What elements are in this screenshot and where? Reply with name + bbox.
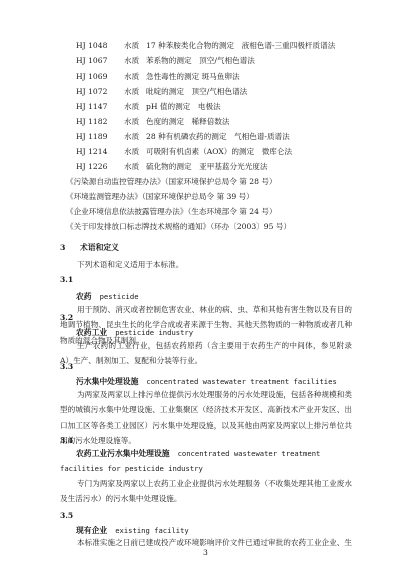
term-zh: 农药工业 xyxy=(76,328,107,337)
document-page: HJ 1048水质17 种苯胺类化合物的测定 液相色谱-三重四极杆质谱法 HJ … xyxy=(0,0,413,585)
term-definition: 专门为两家及两家以上农药工业企业提供污水处理服务（不收集处理其他工业废水及生活污… xyxy=(60,476,352,507)
standard-title: 28 种有机磷农药的测定 气相色谱-质谱法 xyxy=(146,132,290,142)
term-zh: 农药工业污水集中处理设施 xyxy=(76,449,170,458)
clause-number: 3.4 xyxy=(60,436,73,445)
standard-title: 吡啶的测定 顶空/气相色谱法 xyxy=(146,87,247,97)
regulation-item: 《环境监测管理办法》（国家环境保护总局令 第 39 号） xyxy=(66,192,254,202)
standard-code: HJ 1226 xyxy=(76,162,126,172)
standard-category: 水质 xyxy=(124,132,139,142)
page-number: 3 xyxy=(203,548,208,557)
term-en: pesticide industry xyxy=(115,328,193,337)
standard-category: 水质 xyxy=(124,72,139,82)
standard-title: 急性毒性的测定 斑马鱼卵法 xyxy=(146,72,240,82)
regulation-item: 《关于印发排放口标志牌技术规格的通知》（环办〔2003〕95 号） xyxy=(66,222,291,232)
standard-category: 水质 xyxy=(124,56,139,66)
term-definition: 生产农药的工业行业，包括农药原药（含主要用于农药生产的中间体，参见附录 A）生产… xyxy=(60,338,352,369)
term-en: pesticide xyxy=(100,292,139,301)
standard-title: 硫化物的测定 亚甲基蓝分光光度法 xyxy=(146,162,268,172)
section-title: 术语和定义 xyxy=(80,243,119,252)
standard-code: HJ 1147 xyxy=(76,102,126,112)
term-heading: 污水集中处理设施concentrated wastewater treatmen… xyxy=(76,376,337,387)
term-definition: 为两家及两家以上排污单位提供污水处理服务的污水处理设施，包括各种规模和类型的城镇… xyxy=(60,387,352,448)
standard-code: HJ 1214 xyxy=(76,147,126,157)
standard-category: 水质 xyxy=(124,87,139,97)
term-heading: 农药工业pesticide industry xyxy=(76,327,193,338)
regulation-item: 《企业环境信息依法披露管理办法》（生态环境部令 第 24 号） xyxy=(66,207,277,217)
clause-number: 3.1 xyxy=(60,275,73,284)
term-zh: 污水集中处理设施 xyxy=(76,377,138,386)
standard-title: pH 值的测定 电极法 xyxy=(146,102,221,112)
section-number: 3 xyxy=(60,243,80,252)
term-en: existing facility xyxy=(115,526,189,535)
term-heading: 农药pesticide xyxy=(76,291,139,302)
term-zh: 农药 xyxy=(76,292,92,301)
standard-category: 水质 xyxy=(124,41,139,51)
clause-number: 3.3 xyxy=(60,362,73,371)
standard-code: HJ 1069 xyxy=(76,72,126,82)
standard-title: 可吸附有机卤素（AOX）的测定 微库仑法 xyxy=(146,147,292,157)
standard-category: 水质 xyxy=(124,102,139,112)
standard-title: 17 种苯胺类化合物的测定 液相色谱-三重四极杆质谱法 xyxy=(146,41,335,51)
standard-code: HJ 1072 xyxy=(76,87,126,97)
term-zh: 现有企业 xyxy=(76,526,107,535)
term-heading: 农药工业污水集中处理设施concentrated wastewater trea… xyxy=(60,446,352,476)
standard-title: 色度的测定 稀释倍数法 xyxy=(146,117,230,127)
section-heading: 3术语和定义 xyxy=(60,242,119,253)
section-intro: 下列术语和定义适用于本标准。 xyxy=(60,257,352,272)
standard-code: HJ 1189 xyxy=(76,132,126,142)
standard-category: 水质 xyxy=(124,147,139,157)
regulation-item: 《污染源自动监控管理办法》（国家环境保护总局令 第 28 号） xyxy=(66,177,277,187)
clause-number: 3.5 xyxy=(60,511,73,520)
term-en: concentrated wastewater treatment facili… xyxy=(146,377,336,386)
standard-category: 水质 xyxy=(124,117,139,127)
standard-title: 苯系物的测定 顶空/气相色谱法 xyxy=(146,56,255,66)
standard-category: 水质 xyxy=(124,162,139,172)
standard-code: HJ 1067 xyxy=(76,56,126,66)
standard-code: HJ 1182 xyxy=(76,117,126,127)
clause-number: 3.2 xyxy=(60,313,73,322)
standard-code: HJ 1048 xyxy=(76,41,126,51)
